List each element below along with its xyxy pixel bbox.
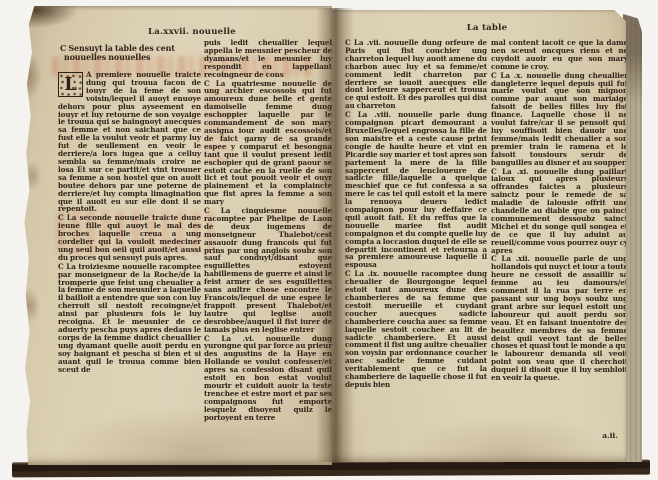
table-heading-line1: C Sensuyt la table des cent bbox=[60, 44, 175, 53]
left-page: La.xxvii. nouuelle C Sensuyt la table de… bbox=[22, 6, 332, 465]
nouvelle-8-entry: C La .viii. nouuelle parle dung compaign… bbox=[345, 111, 487, 269]
nouvelle-5-entry: C La cinquiesme nouuelle racomptee par P… bbox=[204, 207, 332, 334]
nouvelle-9-continuation: mal content iacoit ce que la dame nen sc… bbox=[491, 39, 628, 71]
decorated-initial-icon: L bbox=[58, 72, 83, 97]
book-scan: La.xxvii. nouuelle C Sensuyt la table de… bbox=[0, 0, 658, 480]
right-page: La table C La .vii. nouuelle dung orfeur… bbox=[332, 10, 626, 462]
nouvelle-9-entry: C La .ix. nouuelle racomptee dung cheual… bbox=[345, 270, 487, 389]
running-header-right: La table bbox=[352, 23, 622, 33]
table-heading: C Sensuyt la table des centnouuelles nou… bbox=[60, 44, 201, 62]
left-page-column-1: C Sensuyt la table des centnouuelles nou… bbox=[58, 44, 201, 436]
nouvelle-4-entry: C La quatriesme nouuelle de ung archier … bbox=[204, 80, 332, 207]
running-header-left: La.xxvii. nouuelle bbox=[58, 27, 326, 37]
nouvelle-6-entry: C La .vi. nouuelle dung yurongne qui par… bbox=[204, 335, 332, 422]
table-heading-line2: nouuelles nouuelles bbox=[64, 53, 201, 62]
right-page-column-2: mal content iacoit ce que la dame nen sc… bbox=[491, 39, 628, 447]
left-page-column-2: puis ledit cheuallier lequel appella le … bbox=[204, 39, 332, 439]
nouvelle-3-continuation: puis ledit cheuallier lequel appella le … bbox=[204, 39, 332, 79]
nouvelle-12-entry: C La .xii. nouuelle parle de ung holland… bbox=[491, 255, 628, 382]
right-page-column-1: C La .vii. nouuelle dung orfeure de Pari… bbox=[345, 39, 487, 447]
nouvelle-11-entry: C La .xi. nouuelle dung paillart ialoux … bbox=[491, 168, 628, 255]
nouvelle-3-entry: C La troiziesme nouuelle racomptee par m… bbox=[58, 263, 201, 374]
nouvelle-7-entry: C La .vii. nouuelle dung orfeure de Pari… bbox=[345, 39, 487, 110]
nouvelle-10-entry: C La .x. nouuelle dung cheuallier dangle… bbox=[491, 72, 628, 167]
nouvelle-2-entry: C La seconde nouuelle traicte dune ieune… bbox=[58, 214, 201, 261]
nouvelle-1-entry: LA premiere nouuelle traicte dung qui tr… bbox=[58, 71, 201, 213]
